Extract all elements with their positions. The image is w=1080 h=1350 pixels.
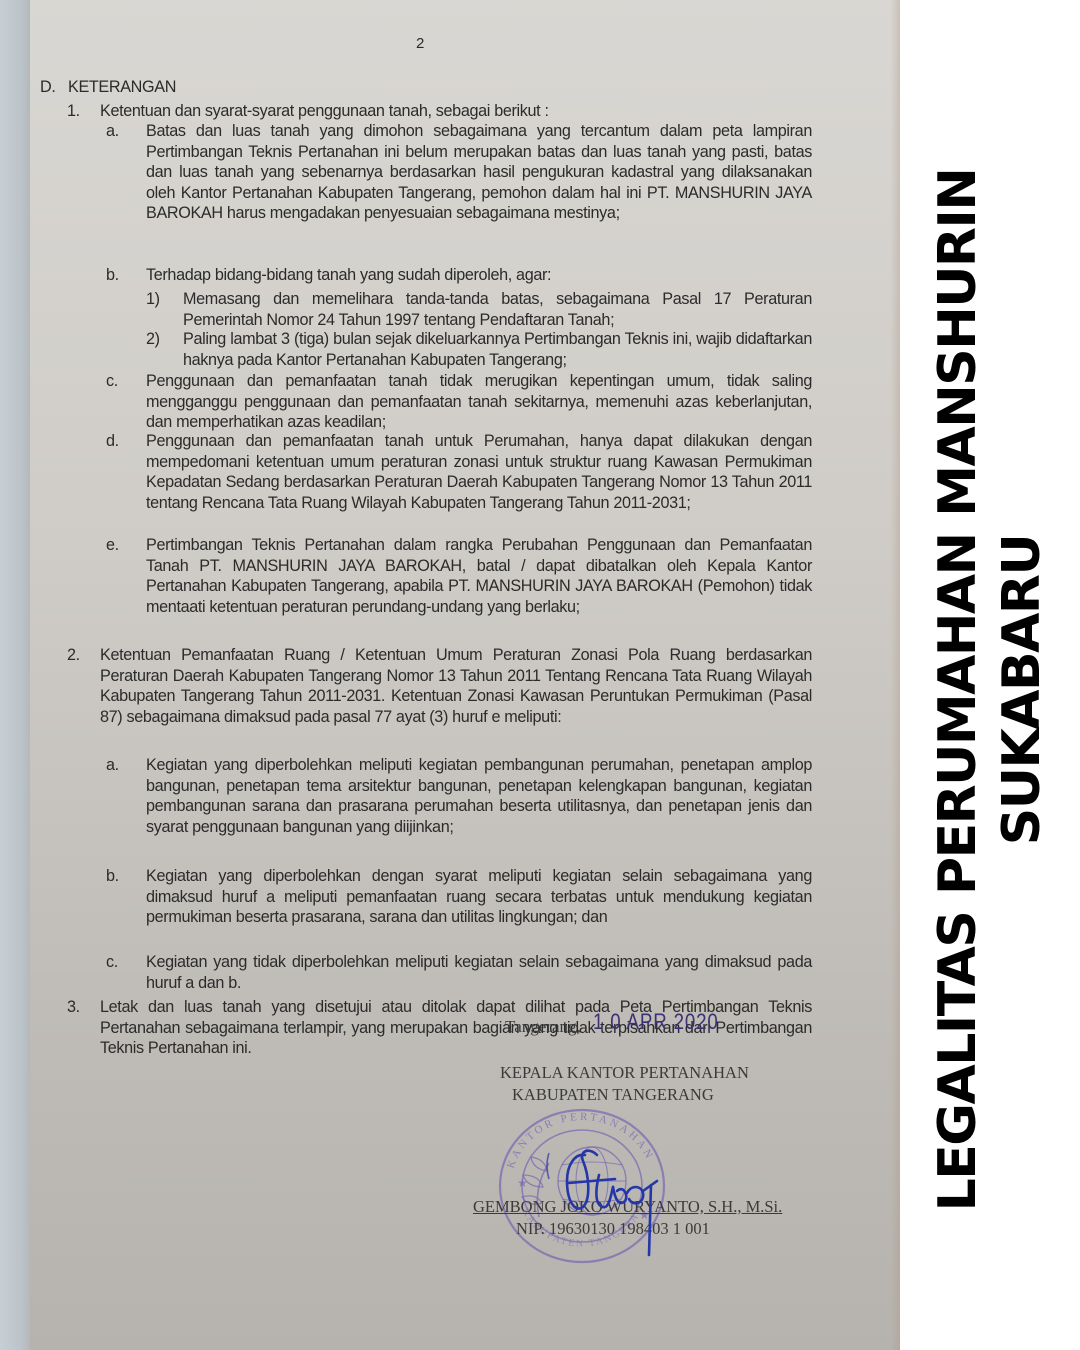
list-item: 1)Memasang dan memelihara tanda-tanda ba… (40, 289, 812, 330)
list-text: Ketentuan Pemanfaatan Ruang / Ketentuan … (100, 646, 812, 726)
handwritten-signature-icon (545, 1135, 675, 1275)
list-item: c.Kegiatan yang tidak diperbolehkan meli… (40, 952, 812, 993)
office-title-line2: KABUPATEN TANGERANG (500, 1084, 749, 1106)
list-text: Penggunaan dan pemanfaatan tanah tidak m… (146, 372, 812, 431)
list-marker: a. (106, 121, 119, 142)
list-item: d.Penggunaan dan pemanfaatan tanah untuk… (40, 431, 812, 513)
list-marker: 1) (146, 289, 160, 310)
list-text: Terhadap bidang-bidang tanah yang sudah … (146, 266, 551, 284)
list-marker: b. (106, 265, 119, 286)
list-item: b.Kegiatan yang diperbolehkan dengan sya… (40, 866, 812, 928)
list-text: Batas dan luas tanah yang dimohon sebaga… (146, 122, 812, 222)
title-banner: LEGALITAS PERUMAHAN MANSHURIN SUKABARU (900, 0, 1080, 1350)
document-photo: 2 D.KETERANGAN 1.Ketentuan dan syarat-sy… (0, 0, 900, 1350)
list-marker: e. (106, 535, 119, 556)
list-marker: 2. (67, 645, 80, 666)
background-edge (0, 0, 30, 1350)
place: Tangerang, (505, 1017, 581, 1036)
banner-title: LEGALITAS PERUMAHAN MANSHURIN SUKABARU (926, 169, 1054, 1212)
list-text: Kegiatan yang tidak diperbolehkan melipu… (146, 953, 812, 992)
list-marker: b. (106, 866, 119, 887)
banner-title-line2: SUKABARU (990, 169, 1054, 1212)
place-date: Tangerang, 1 0 APR 2020 (505, 1012, 741, 1038)
list-text: Kegiatan yang diperbolehkan meliputi keg… (146, 756, 812, 836)
list-marker: d. (106, 431, 119, 452)
list-item: a.Batas dan luas tanah yang dimohon seba… (40, 121, 812, 224)
section-title: KETERANGAN (68, 78, 176, 96)
date-stamp: 1 0 APR 2020 (593, 1009, 719, 1035)
svg-text:★: ★ (517, 1176, 528, 1190)
list-marker: a. (106, 755, 119, 776)
banner-title-line1: LEGALITAS PERUMAHAN MANSHURIN (926, 169, 990, 1212)
list-text: Kegiatan yang diperbolehkan dengan syara… (146, 867, 812, 926)
list-marker: c. (106, 371, 118, 392)
list-item: e.Pertimbangan Teknis Pertanahan dalam r… (40, 535, 812, 617)
list-item: c.Penggunaan dan pemanfaatan tanah tidak… (40, 371, 812, 433)
list-text: Memasang dan memelihara tanda-tanda bata… (183, 290, 812, 329)
office-title: KEPALA KANTOR PERTANAHAN KABUPATEN TANGE… (500, 1062, 749, 1106)
list-item: 1.Ketentuan dan syarat-syarat penggunaan… (40, 101, 812, 122)
list-item: b.Terhadap bidang-bidang tanah yang suda… (40, 265, 812, 286)
list-item: 2)Paling lambat 3 (tiga) bulan sejak dik… (40, 329, 812, 370)
section-letter: D. (40, 77, 68, 98)
office-title-line1: KEPALA KANTOR PERTANAHAN (500, 1062, 749, 1084)
list-text: Ketentuan dan syarat-syarat penggunaan t… (100, 102, 549, 120)
list-text: Penggunaan dan pemanfaatan tanah untuk P… (146, 432, 812, 512)
list-text: Pertimbangan Teknis Pertanahan dalam ran… (146, 536, 812, 616)
list-marker: 1. (67, 101, 80, 122)
list-marker: c. (106, 952, 118, 973)
page-number: 2 (0, 34, 840, 55)
list-marker: 3. (67, 997, 80, 1018)
list-marker: 2) (146, 329, 160, 350)
list-item: 2.Ketentuan Pemanfaatan Ruang / Ketentua… (40, 645, 812, 727)
paper-edge-shadow (890, 0, 900, 1350)
list-text: Paling lambat 3 (tiga) bulan sejak dikel… (183, 330, 812, 369)
section-heading: D.KETERANGAN (40, 77, 176, 98)
list-item: a.Kegiatan yang diperbolehkan meliputi k… (40, 755, 812, 837)
